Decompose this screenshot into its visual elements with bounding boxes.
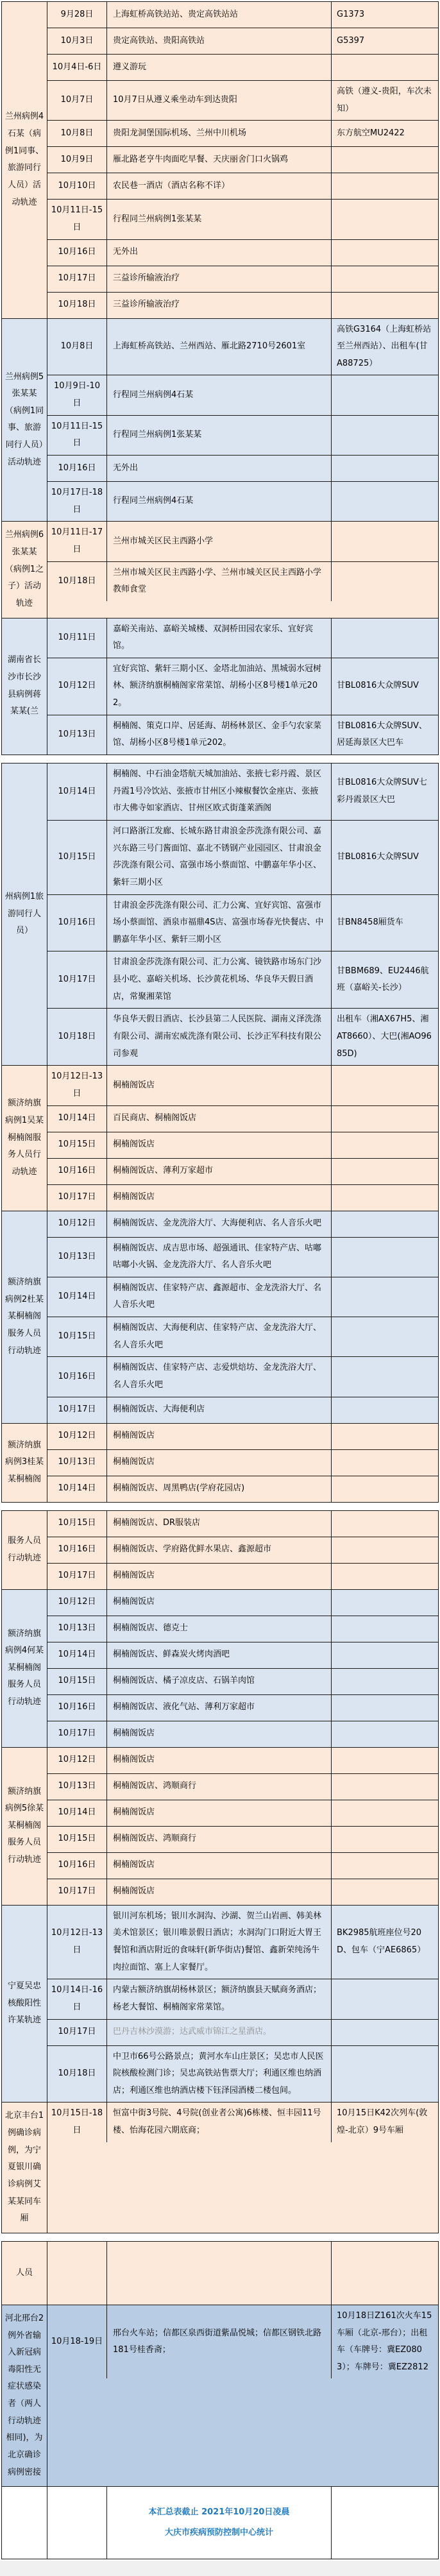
activity-text: 遵义游玩	[113, 59, 146, 76]
trajectory-row: 10月17日巴丹吉林沙漠游；达武威市锦江之星酒店。	[47, 2019, 438, 2045]
activity-text: 桐楠阁饭店	[113, 1567, 155, 1585]
case-label-cell: 州病例1旅游同行人员）	[2, 763, 47, 1065]
case-label-cell: 河北邢台2例外省输入新冠病毒阳性无症状感染者（两人行动轨迹相同)，为北京确诊病例…	[2, 2305, 47, 2486]
activity-cell: 桐楠阁饭店、鸿顺商行	[107, 1774, 331, 1800]
vehicle-cell	[331, 1357, 438, 1396]
date-text: 10月7日	[61, 92, 94, 109]
date-cell: 10月18日	[47, 293, 107, 318]
page-break-gap	[1, 755, 439, 763]
case-section: 额济纳旗病例4何某某桐楠阁服务人员行动轨迹10月12日桐楠阁饭店10月13日桐楠…	[2, 1589, 438, 1747]
date-cell: 10月14日	[47, 1106, 107, 1132]
date-text: 9月28日	[61, 6, 94, 24]
section-rows: 10月12日桐楠阁饭店10月13日桐楠阁饭店10月14日桐楠阁饭店、周黑鸭店(学…	[47, 1424, 438, 1502]
case-label-cell: 湖南省长沙市长沙县病例蒋某某(兰	[2, 618, 47, 755]
trajectory-row: 10月13日桐楠阁、策克口岸、居延海、胡杨林景区、金手勺农家菜馆、胡杨小区8号楼…	[47, 715, 438, 755]
case-section: 河北邢台2例外省输入新冠病毒阳性无症状感染者（两人行动轨迹相同)，为北京确诊病例…	[2, 2305, 438, 2486]
trajectory-row: 10月14日桐楠阁饭店、鲜森炭火烤肉酒吧	[47, 1642, 438, 1668]
date-text: 10月17日	[58, 1883, 96, 1900]
vehicle-cell	[331, 1511, 438, 1537]
date-cell: 10月12日	[47, 1748, 107, 1773]
date-text: 10月16日	[58, 1163, 96, 1180]
date-text: 10月13日	[58, 1454, 96, 1471]
section-rows: 10月8日上海虹桥高铁站、兰州西站、雁北路2710号2601室高铁G3164（上…	[47, 319, 438, 522]
activity-text: 巴丹吉林沙漠游；达武威市锦江之星酒店。	[113, 2024, 271, 2041]
date-cell: 10月18日	[47, 1009, 107, 1065]
vehicle-cell	[331, 1424, 438, 1449]
vehicle-cell	[331, 1450, 438, 1476]
date-text: 10月14日	[58, 1110, 96, 1127]
trajectory-row: 10月8日贵阳龙洞堡国际机场、兰州中川机场东方航空MU2422	[47, 120, 438, 146]
date-cell: 10月14日	[47, 1800, 107, 1826]
activity-text: 华良华天假日酒店、长沙县第二人民医院、湖南义泽洗涤有限公司、湖南宏威洗涤有限公司…	[113, 1011, 325, 1062]
trajectory-row: 10月17日桐楠阁饭店	[47, 1879, 438, 1905]
activity-cell: 桐楠阁饭店、薄利万家超市	[107, 1159, 331, 1184]
section-rows: 10月12日桐楠阁饭店、金龙洗浴大厅、大海便利店、名人音乐火吧10月13日桐楠阁…	[47, 1211, 438, 1423]
activity-text: 行程同兰州病例1张某某	[113, 211, 201, 228]
case-label: 兰州病例4石某（病例1同事、旅游同行人员）活动轨迹	[4, 108, 44, 211]
trajectory-row: 10月12日-13日桐楠阁饭店	[47, 1066, 438, 1105]
activity-cell: 百民商店、桐楠阁饭店	[107, 1106, 331, 1132]
date-cell: 9月28日	[47, 2, 107, 28]
activity-cell: 桐楠阁饭店、佳家特产店、志爱烘焙坊、金龙洗浴大厅、名人音乐火吧	[107, 1357, 331, 1396]
date-cell: 10月9日	[47, 147, 107, 173]
trajectory-row: 10月16日桐楠阁饭店、佳家特产店、志爱烘焙坊、金龙洗浴大厅、名人音乐火吧	[47, 1356, 438, 1396]
activity-text: 桐楠阁饭店、薄利万家超市	[113, 1163, 213, 1180]
trajectory-row: 10月12日宜好宾馆、紫轩三期小区、金塔北加油站、黑城弱水冠树林、额济纳旗桐楠阁…	[47, 658, 438, 715]
activity-text: 桐楠阁饭店	[113, 1594, 155, 1611]
date-cell: 10月17日	[47, 2020, 107, 2045]
vehicle-cell: G5397	[331, 28, 438, 54]
case-label-cell: 人员	[2, 2242, 47, 2305]
vehicle-text: 10月15日K42次列车(敦煌-北京）9号车厢	[337, 2105, 433, 2139]
activity-text: 无外出	[113, 244, 138, 261]
vehicle-cell	[331, 1397, 438, 1423]
vehicle-cell	[331, 1800, 438, 1826]
activity-text: 桐楠阁饭店、鸿顺商行	[113, 1778, 196, 1795]
activity-cell: 桐楠阁饭店、DR服装店	[107, 1511, 331, 1537]
trajectory-row: 10月18日三益诊所输液治疗	[47, 292, 438, 318]
case-label: 额济纳旗病例4何某某桐楠阁服务人员行动轨迹	[4, 1626, 44, 1711]
case-section: 兰州病例5张某某（病例1同事、旅游同行人员）活动轨迹10月8日上海虹桥高铁站、兰…	[2, 318, 438, 522]
activity-cell: 桐楠阁、中石油金塔航天城加油站、张掖七彩丹霞、景区丹霞1号冷饮站、张掖市甘州区小…	[107, 763, 331, 820]
trajectory-row: 10月14日-16日内蒙古额济纳旗胡杨林景区；额济纳旗县天赋商务酒店；杨老大餐馆…	[47, 1979, 438, 2018]
date-cell	[47, 2487, 107, 2559]
vehicle-cell: 甘BL0816大众牌SUV、居延海景区大巴车	[331, 715, 438, 755]
section-rows: 本汇总表截止 2021年10月20日凌晨 大庆市疾病预防控制中心统计	[47, 2487, 438, 2559]
section-rows	[47, 2242, 438, 2305]
activity-cell: 桐楠阁饭店	[107, 1564, 331, 1589]
case-label: 服务人员行动轨迹	[4, 1533, 44, 1567]
vehicle-cell	[331, 1159, 438, 1184]
activity-cell: 桐楠阁饭店	[107, 1748, 331, 1773]
trajectory-row: 10月18日华良华天假日酒店、长沙县第二人民医院、湖南义泽洗涤有限公司、湖南宏威…	[47, 1008, 438, 1065]
trajectory-row: 10月13日桐楠阁饭店、成吉思市场、超强通讯、佳家特产店、咕嘟咕嘟小火锅、金龙洗…	[47, 1237, 438, 1277]
date-cell: 10月14日	[47, 1642, 107, 1668]
date-cell: 10月11日-15日	[47, 200, 107, 239]
case-label-cell: 兰州病例5张某某（病例1同事、旅游同行人员）活动轨迹	[2, 319, 47, 522]
trajectory-row: 10月15日河口路浙江发廊、长城东路甘肃浪金莎洗涤有限公司、嘉兴东路三号门酱面馆…	[47, 820, 438, 894]
trajectory-row: 10月13日桐楠阁饭店、德克士	[47, 1616, 438, 1642]
activity-text: 三益诊所输液治疗	[113, 270, 180, 287]
trajectory-row: 10月11日-15日行程同兰州病例1张某某	[47, 199, 438, 239]
activity-text: 农民巷一酒店（酒店名称不详）	[113, 178, 230, 195]
trajectory-row: 10月14日桐楠阁饭店	[47, 1800, 438, 1826]
date-cell: 10月18-19日	[47, 2305, 107, 2379]
vehicle-text: 甘BL0816大众牌SUV、居延海景区大巴车	[337, 718, 433, 752]
date-text: 10月9日-10日	[50, 378, 104, 412]
activity-cell: 雁北路老亨牛肉面吃早餐、天庆丽舍门口火锅鸡	[107, 147, 331, 173]
section-rows: 9月28日上海虹桥高铁站站、贵定高铁站站G137310月3日贵定高铁站、贵阳高铁…	[47, 2, 438, 318]
case-label-cell: 服务人员行动轨迹	[2, 1511, 47, 1589]
case-section: 人员	[2, 2242, 438, 2305]
activity-text: 上海虹桥高铁站站、贵定高铁站站	[113, 6, 238, 24]
date-text: 10月13日	[58, 1778, 96, 1795]
activity-cell: 内蒙古额济纳旗胡杨林景区；额济纳旗县天赋商务酒店；杨老大餐馆、桐楠阁家常菜馆。	[107, 1979, 331, 2018]
date-cell: 10月17日	[47, 1564, 107, 1589]
activity-text: 10月7日从遵义乘坐动车到达贵阳	[113, 92, 237, 109]
date-cell: 10月17日	[47, 1721, 107, 1747]
date-text: 10月14日-16日	[50, 1982, 104, 2016]
trajectory-row: 10月16日桐楠阁饭店、薄利万家超市	[47, 1158, 438, 1184]
vehicle-cell: 东方航空MU2422	[331, 121, 438, 146]
activity-text: 桐楠阁饭店	[113, 1454, 155, 1471]
activity-text: 百民商店、桐楠阁饭店	[113, 1110, 196, 1127]
date-cell: 10月13日	[47, 1616, 107, 1642]
date-text: 10月15日	[58, 849, 96, 866]
date-cell: 10月4日-6日	[47, 55, 107, 80]
trajectory-row: 10月15日桐楠阁饭店、大海便利店、佳家特产店、金龙洗浴大厅、名人音乐火吧	[47, 1317, 438, 1356]
vehicle-cell	[331, 2487, 438, 2559]
trajectory-row: 10月14日百民商店、桐楠阁饭店	[47, 1105, 438, 1132]
vehicle-text: 甘BL0816大众牌SUV	[337, 849, 419, 866]
activity-cell: 上海虹桥高铁站站、贵定高铁站站	[107, 2, 331, 28]
activity-cell: 贵阳龙洞堡国际机场、兰州中川机场	[107, 121, 331, 146]
vehicle-text: BK2985航班座位号20D、包车（宁AE6865）	[337, 1925, 433, 1959]
activity-cell: 邢台火车站；信都区泉西街道紫晶悦城；信都区钢铁北路181号桂香斋；	[107, 2305, 331, 2379]
trajectory-row: 10月14日桐楠阁、中石油金塔航天城加油站、张掖七彩丹霞、景区丹霞1号冷饮站、张…	[47, 763, 438, 820]
trajectory-row: 10月4日-6日遵义游玩	[47, 54, 438, 80]
activity-cell: 桐楠阁饭店、橘子凉皮店、石锅羊肉馆	[107, 1669, 331, 1694]
activity-cell: 华良华天假日酒店、长沙县第二人民医院、湖南义泽洗涤有限公司、湖南宏威洗涤有限公司…	[107, 1009, 331, 1065]
vehicle-cell	[331, 1211, 438, 1237]
vehicle-cell	[331, 1853, 438, 1879]
date-cell: 10月12日	[47, 1590, 107, 1616]
vehicle-cell	[331, 2242, 438, 2305]
case-label: 兰州病例5张某某（病例1同事、旅游同行人员）活动轨迹	[4, 369, 44, 472]
activity-cell: 桐楠阁饭店、大海便利店、佳家特产店、金龙洗浴大厅、名人音乐火吧	[107, 1317, 331, 1356]
date-text: 10月17日	[58, 270, 96, 287]
date-text: 10月14日	[58, 1646, 96, 1664]
date-text: 10月16日	[58, 914, 96, 932]
date-cell: 10月14日-16日	[47, 1979, 107, 2018]
date-cell: 10月17日	[47, 951, 107, 1008]
activity-text: 桐楠阁饭店、DR服装店	[113, 1515, 200, 1532]
vehicle-cell	[331, 562, 438, 601]
activity-text: 桐楠阁饭店、学府路优鲜水果店、鑫源超市	[113, 1541, 271, 1558]
date-cell: 10月18日	[47, 562, 107, 601]
date-text: 10月3日	[61, 33, 94, 50]
date-cell: 10月12日	[47, 658, 107, 715]
activity-text: 桐楠阁饭店	[113, 1136, 155, 1154]
date-text: 10月13日	[58, 1620, 96, 1637]
trajectory-row: 10月18日中卫市66号公路景点；黄河水车山庄景区；吴忠市人民医院核酸检测门诊；…	[47, 2045, 438, 2103]
activity-cell: 桐楠阁饭店	[107, 1132, 331, 1158]
vehicle-cell: 出租车（湘AX67H5、湘AT8660）、大巴(湘AO9685D)	[331, 1009, 438, 1065]
activity-text: 桐楠阁饭店、周黑鸭店(学府花园店)	[113, 1480, 244, 1497]
epidemic-trajectory-report: 兰州病例4石某（病例1同事、旅游同行人员）活动轨迹9月28日上海虹桥高铁站站、贵…	[0, 0, 440, 2576]
section-rows: 10月11日-17日兰州市城关区民主西路小学10月18日兰州市城关区民主西路小学…	[47, 522, 438, 617]
vehicle-cell	[331, 1774, 438, 1800]
trajectory-row: 9月28日上海虹桥高铁站站、贵定高铁站站G1373	[47, 2, 438, 28]
page-break-gap	[1, 2233, 439, 2241]
trajectory-row: 10月12日桐楠阁饭店、金龙洗浴大厅、大海便利店、名人音乐火吧	[47, 1211, 438, 1237]
case-label: 额济纳旗病例5徐某某桐楠阁服务人员行动轨迹	[4, 1784, 44, 1869]
trajectory-row	[47, 2242, 438, 2305]
activity-cell: 行程同兰州病例4石某	[107, 375, 331, 414]
date-text: 10月13日	[58, 726, 96, 744]
activity-text: 宜好宾馆、紫轩三期小区、金塔北加油站、黑城弱水冠树林、额济纳旗桐楠阁家常菜馆、胡…	[113, 661, 325, 712]
vehicle-cell	[331, 55, 438, 80]
vehicle-cell	[331, 173, 438, 199]
activity-cell: 恒富中街3号院、4号院(创业者公寓)6栋楼、恒丰园11号楼、怡海花园六期底商；	[107, 2103, 331, 2142]
date-cell: 10月17日	[47, 1879, 107, 1905]
activity-cell: 巴丹吉林沙漠游；达武威市锦江之星酒店。	[107, 2020, 331, 2045]
vehicle-cell: 高铁G3164（上海虹桥站至兰州西站）、出租车(甘A88725）	[331, 319, 438, 375]
date-text: 10月16日	[58, 1369, 96, 1386]
trajectory-row: 10月10日农民巷一酒店（酒店名称不详）	[47, 173, 438, 199]
vehicle-cell	[331, 1879, 438, 1905]
trajectory-row: 10月14日桐楠阁饭店、佳家特产店、鑫源超市、金龙洗浴大厅、名人音乐火吧	[47, 1277, 438, 1317]
activity-text: 邢台火车站；信都区泉西街道紫晶悦城；信都区钢铁北路181号桂香斋；	[113, 2325, 325, 2359]
vehicle-cell	[331, 1616, 438, 1642]
section-rows: 10月14日桐楠阁、中石油金塔航天城加油站、张掖七彩丹霞、景区丹霞1号冷饮站、张…	[47, 763, 438, 1065]
trajectory-row: 10月7日10月7日从遵义乘坐动车到达贵阳高铁（遵义-贵阳，车次未知）	[47, 80, 438, 120]
vehicle-cell	[331, 1748, 438, 1773]
activity-cell: 遵义游玩	[107, 55, 331, 80]
trajectory-row: 10月12日-13日银川河东机场；银川水洞沟、沙湖、贺兰山岩画、韩美林美术馆景区…	[47, 1906, 438, 1979]
vehicle-cell	[331, 1277, 438, 1317]
vehicle-cell	[331, 522, 438, 561]
vehicle-cell: 甘BL0816大众牌SUV	[331, 658, 438, 715]
case-section: 额济纳旗病例3桂某某桐楠阁10月12日桐楠阁饭店10月13日桐楠阁饭店10月14…	[2, 1423, 438, 1502]
vehicle-cell	[331, 1537, 438, 1563]
case-label-cell: 兰州病例4石某（病例1同事、旅游同行人员）活动轨迹	[2, 2, 47, 318]
vehicle-cell	[331, 240, 438, 266]
activity-cell: 无外出	[107, 240, 331, 266]
activity-text: 桐楠阁、策克口岸、居延海、胡杨林景区、金手勺农家菜馆、胡杨小区8号楼1单元202…	[113, 718, 325, 752]
date-cell: 10月15日-18日	[47, 2103, 107, 2142]
case-label-cell: 额济纳旗病例3桂某某桐楠阁	[2, 1424, 47, 1502]
date-text: 10月4日-6日	[53, 59, 102, 76]
case-label: 额济纳旗病例3桂某某桐楠阁	[4, 1437, 44, 1488]
activity-cell: 三益诊所输液治疗	[107, 293, 331, 318]
date-cell: 10月11日-17日	[47, 522, 107, 561]
activity-text: 桐楠阁饭店	[113, 1804, 155, 1821]
activity-cell: 行程同兰州病例1张某某	[107, 200, 331, 239]
date-cell: 10月18日	[47, 2046, 107, 2103]
date-text: 10月8日	[61, 125, 94, 142]
date-cell: 10月16日	[47, 456, 107, 481]
activity-cell: 桐楠阁饭店	[107, 1879, 331, 1905]
activity-text: 河口路浙江发廊、长城东路甘肃浪金莎洗涤有限公司、嘉兴东路三号门酱面馆、嘉北不锈钢…	[113, 823, 325, 892]
vehicle-text: 甘BBM689、EU2446航班（嘉峪关-长沙）	[337, 963, 433, 997]
date-cell: 10月17日	[47, 1397, 107, 1423]
trajectory-row: 10月15日桐楠阁饭店、橘子凉皮店、石锅羊肉馆	[47, 1668, 438, 1694]
date-cell: 10月14日	[47, 1476, 107, 1502]
section-rows: 10月12日-13日银川河东机场；银川水洞沟、沙湖、贺兰山岩画、韩美林美术馆景区…	[47, 1906, 438, 2103]
case-label-cell: 额济纳旗病例2杜某某桐楠阁服务人员行动轨迹	[2, 1211, 47, 1423]
trajectory-row: 10月9日-10日行程同兰州病例4石某	[47, 375, 438, 414]
activity-cell: 桐楠阁饭店、液化气站、薄利万家超市	[107, 1695, 331, 1721]
vehicle-cell	[331, 1066, 438, 1105]
date-text: 10月17日	[58, 1401, 96, 1419]
date-cell: 10月16日	[47, 895, 107, 951]
date-cell: 10月12日-13日	[47, 1066, 107, 1105]
activity-text: 桐楠阁饭店、金龙洗浴大厅、大海便利店、名人音乐火吧	[113, 1215, 321, 1233]
activity-cell: 桐楠阁饭店	[107, 1853, 331, 1879]
case-section: 州病例1旅游同行人员）10月14日桐楠阁、中石油金塔航天城加油站、张掖七彩丹霞、…	[2, 763, 438, 1065]
trajectory-row: 10月15日桐楠阁饭店、鸿顺商行	[47, 1826, 438, 1852]
activity-text: 贵阳龙洞堡国际机场、兰州中川机场	[113, 125, 246, 142]
activity-text: 桐楠阁饭店	[113, 1077, 155, 1095]
vehicle-cell: 10月18日Z161次火车15车厢（北京-邢台）；出租车（车牌号：冀EZ0803…	[331, 2305, 438, 2379]
date-text: 10月17日	[58, 2024, 96, 2041]
case-label: 宁夏吴忠核酸阳性许某轨迹	[4, 1978, 44, 2029]
trajectory-row: 10月16日无外出	[47, 239, 438, 266]
vehicle-text: 高铁G3164（上海虹桥站至兰州西站）、出租车(甘A88725）	[337, 321, 433, 373]
activity-cell: 中卫市66号公路景点；黄河水车山庄景区；吴忠市人民医院核酸检测门诊；吴忠高铁站售…	[107, 2046, 331, 2103]
activity-cell: 桐楠阁饭店	[107, 1590, 331, 1616]
vehicle-text: G1373	[337, 6, 364, 24]
page-bottom-margin	[0, 2561, 440, 2576]
activity-text: 桐楠阁、中石油金塔航天城加油站、张掖七彩丹霞、景区丹霞1号冷饮站、张掖市甘州区小…	[113, 766, 325, 817]
activity-text: 桐楠阁饭店	[113, 1428, 155, 1445]
case-label: 州病例1旅游同行人员）	[4, 889, 44, 940]
vehicle-cell	[331, 2020, 438, 2045]
date-text: 10月16日	[58, 244, 96, 261]
case-label: 北京丰台1例确诊病例，为宁夏银川确诊病例艾某某同车厢	[4, 2108, 44, 2227]
activity-cell: 本汇总表截止 2021年10月20日凌晨 大庆市疾病预防控制中心统计	[107, 2487, 331, 2559]
trajectory-row: 10月12日桐楠阁饭店	[47, 1748, 438, 1773]
date-text: 10月17日	[58, 971, 96, 989]
date-text: 10月11日	[58, 629, 96, 647]
trajectory-row: 10月16日桐楠阁饭店、学府路优鲜水果店、鑫源超市	[47, 1537, 438, 1563]
trajectory-row: 10月17日三益诊所输液治疗	[47, 266, 438, 292]
vehicle-text: 东方航空MU2422	[337, 125, 405, 142]
case-label: 湖南省长沙市长沙县病例蒋某某(兰	[4, 652, 44, 721]
activity-cell: 桐楠阁饭店	[107, 1185, 331, 1211]
case-section: 额济纳旗病例5徐某某桐楠阁服务人员行动轨迹10月12日桐楠阁饭店10月13日桐楠…	[2, 1747, 438, 1905]
date-cell: 10月16日	[47, 1537, 107, 1563]
activity-cell: 兰州市城关区民主西路小学、兰州市城关区民主西路小学教师食堂	[107, 562, 331, 601]
vehicle-cell: 高铁（遵义-贵阳，车次未知）	[331, 81, 438, 120]
activity-text: 桐楠阁饭店、大海便利店、佳家特产店、金龙洗浴大厅、名人音乐火吧	[113, 1320, 325, 1354]
vehicle-cell	[331, 1669, 438, 1694]
date-cell: 10月16日	[47, 1357, 107, 1396]
activity-cell: 贵定高铁站、贵阳高铁站	[107, 28, 331, 54]
date-cell: 10月15日	[47, 1827, 107, 1852]
activity-cell: 桐楠阁饭店、鸿顺商行	[107, 1827, 331, 1852]
trajectory-row: 10月15日-18日恒富中街3号院、4号院(创业者公寓)6栋楼、恒丰园11号楼、…	[47, 2103, 438, 2142]
date-cell: 10月15日	[47, 1317, 107, 1356]
vehicle-cell: 甘BL0816大众牌SUV	[331, 821, 438, 894]
section-rows: 10月11日嘉峪关南站、嘉峪关城楼、双洞桥田园农家乐、宜好宾馆。10月12日宜好…	[47, 618, 438, 755]
date-text: 10月12日-13日	[50, 1925, 104, 1959]
vehicle-cell	[331, 416, 438, 455]
date-cell: 10月12日-13日	[47, 1906, 107, 1979]
date-cell: 10月15日	[47, 1511, 107, 1537]
case-label-cell: 额济纳旗病例5徐某某桐楠阁服务人员行动轨迹	[2, 1748, 47, 1905]
trajectory-row: 10月18-19日邢台火车站；信都区泉西街道紫晶悦城；信都区钢铁北路181号桂香…	[47, 2305, 438, 2379]
date-cell: 10月13日	[47, 1238, 107, 1277]
vehicle-cell	[331, 1185, 438, 1211]
date-cell: 10月8日	[47, 121, 107, 146]
date-text: 10月15日	[58, 1830, 96, 1848]
vehicle-cell	[331, 200, 438, 239]
case-section: 兰州病例6张某某（病例1之子）活动轨迹10月11日-17日兰州市城关区民主西路小…	[2, 521, 438, 617]
date-cell: 10月13日	[47, 1774, 107, 1800]
trajectory-row: 10月17日桐楠阁饭店	[47, 1184, 438, 1211]
activity-cell: 银川河东机场；银川水洞沟、沙湖、贺兰山岩画、韩美林美术馆景区；银川唯景假日酒店；…	[107, 1906, 331, 1979]
vehicle-cell	[331, 1106, 438, 1132]
date-text: 10月14日	[58, 1288, 96, 1306]
date-cell: 10月12日	[47, 1211, 107, 1237]
date-text: 10月17日	[58, 1567, 96, 1585]
date-cell: 10月16日	[47, 1159, 107, 1184]
activity-cell: 桐楠阁、策克口岸、居延海、胡杨林景区、金手勺农家菜馆、胡杨小区8号楼1单元202…	[107, 715, 331, 755]
vehicle-text: 甘BL0816大众牌SUV	[337, 678, 419, 695]
date-cell: 10月17日-18日	[47, 482, 107, 521]
table-fragment: 人员河北邢台2例外省输入新冠病毒阳性无症状感染者（两人行动轨迹相同)，为北京确诊…	[1, 2241, 439, 2559]
activity-cell: 农民巷一酒店（酒店名称不详）	[107, 173, 331, 199]
case-label-cell: 额济纳旗病例4何某某桐楠阁服务人员行动轨迹	[2, 1590, 47, 1747]
date-text: 10月14日	[58, 1480, 96, 1497]
date-text: 10月18-19日	[51, 2333, 103, 2351]
trajectory-row: 10月15日桐楠阁饭店、DR服装店	[47, 1511, 438, 1537]
date-text: 10月18日	[58, 2065, 96, 2083]
date-text: 10月16日	[58, 460, 96, 477]
vehicle-cell: 甘BN8458厢货车	[331, 895, 438, 951]
date-cell: 10月17日	[47, 1185, 107, 1211]
date-text: 10月15日-18日	[50, 2105, 104, 2139]
activity-cell: 桐楠阁饭店、鲜森炭火烤肉酒吧	[107, 1642, 331, 1668]
date-text: 10月16日	[58, 1857, 96, 1874]
date-text: 10月12日	[58, 1215, 96, 1233]
date-text: 10月17日	[58, 1725, 96, 1743]
trajectory-row: 10月16日桐楠阁饭店	[47, 1852, 438, 1879]
date-text: 10月15日	[58, 1515, 96, 1532]
activity-cell: 10月7日从遵义乘坐动车到达贵阳	[107, 81, 331, 120]
case-section: 额济纳旗病例2杜某某桐楠阁服务人员行动轨迹10月12日桐楠阁饭店、金龙洗浴大厅、…	[2, 1211, 438, 1423]
activity-text: 桐楠阁饭店、德克士	[113, 1620, 188, 1637]
case-label: 兰州病例6张某某（病例1之子）活动轨迹	[4, 527, 44, 612]
vehicle-text: 高铁（遵义-贵阳，车次未知）	[337, 83, 433, 117]
activity-cell: 桐楠阁饭店、成吉思市场、超强通讯、佳家特产店、咕嘟咕嘟小火锅、金龙洗浴大厅、名人…	[107, 1238, 331, 1277]
vehicle-text: 甘BN8458厢货车	[337, 914, 403, 932]
activity-cell: 宜好宾馆、紫轩三期小区、金塔北加油站、黑城弱水冠树林、额济纳旗桐楠阁家常菜馆、胡…	[107, 658, 331, 715]
date-text: 10月17日	[58, 1189, 96, 1206]
trajectory-row: 10月17日-18日行程同兰州病例4石某	[47, 481, 438, 521]
activity-cell: 甘肃浪金莎洗涤有限公司、汇力公寓、宜好宾馆、富强市场小蔡面馆、酒泉市福鼎4S店、…	[107, 895, 331, 951]
activity-cell: 桐楠阁饭店、大海便利店	[107, 1397, 331, 1423]
trajectory-row: 10月11日嘉峪关南站、嘉峪关城楼、双洞桥田园农家乐、宜好宾馆。	[47, 618, 438, 658]
section-rows: 10月12日-13日桐楠阁饭店10月14日百民商店、桐楠阁饭店10月15日桐楠阁…	[47, 1066, 438, 1210]
vehicle-cell: G1373	[331, 2, 438, 28]
case-section: 北京丰台1例确诊病例，为宁夏银川确诊病例艾某某同车厢10月15日-18日恒富中街…	[2, 2102, 438, 2232]
activity-text: 行程同兰州病例4石某	[113, 493, 193, 510]
date-cell: 10月13日	[47, 1450, 107, 1476]
date-cell: 10月15日	[47, 1132, 107, 1158]
